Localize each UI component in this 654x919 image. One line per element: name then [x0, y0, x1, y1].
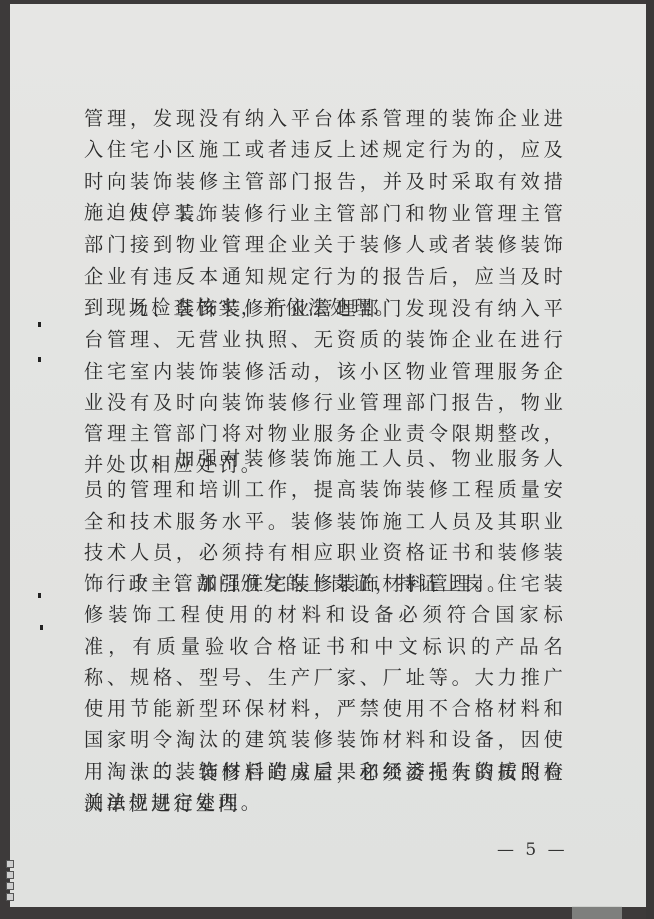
binder-hole — [6, 893, 14, 901]
scanner-edge — [646, 0, 654, 919]
punch-mark — [38, 593, 41, 598]
punch-mark — [40, 625, 43, 630]
punch-mark — [38, 322, 41, 327]
binder-hole — [6, 860, 14, 868]
punch-mark — [38, 357, 41, 362]
paragraph-text: 十二、装修后的房屋，必须委托有资质的检测单位进行室内 — [84, 757, 566, 820]
scan-artifact — [572, 906, 622, 919]
binder-hole — [6, 882, 14, 890]
binder-hole — [6, 871, 14, 879]
page-number: — 5 — — [497, 840, 568, 860]
paragraph-item-12: 十二、装修后的房屋，必须委托有资质的检测单位进行室内 — [84, 757, 566, 820]
binder-holes — [6, 860, 16, 904]
